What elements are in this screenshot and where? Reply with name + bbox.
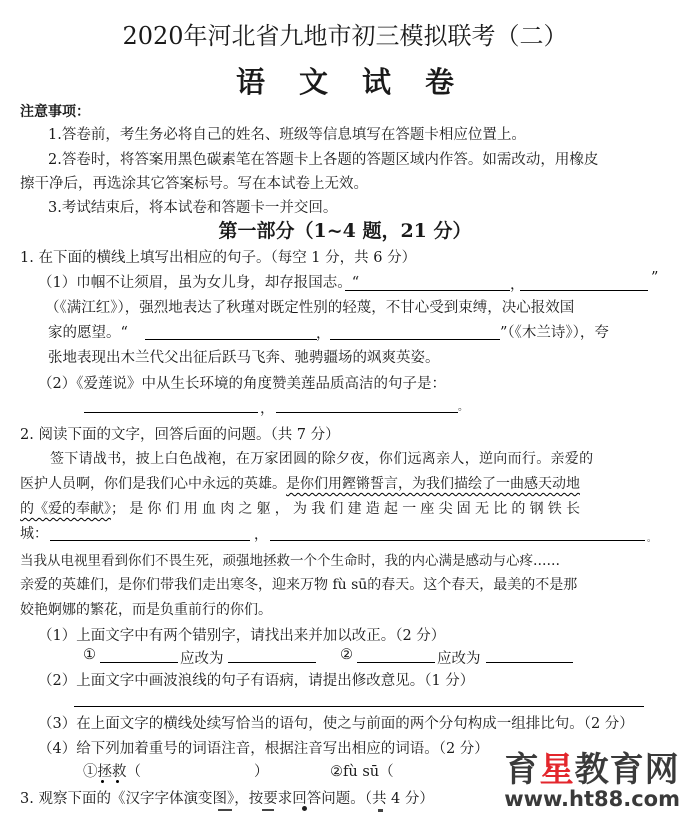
notice-heading: 注意事项： (20, 101, 90, 121)
q2-sub2-answer-blank[interactable] (74, 706, 644, 707)
q1-blank-5[interactable] (84, 412, 258, 413)
emphasis-dot-1 (101, 780, 104, 783)
q2-comma: ， (254, 524, 268, 544)
q1-comma-3: ， (260, 397, 275, 418)
q2-passage-p2-line3: 姣艳婀娜的繁花，而是负重前行的你们。 (20, 599, 272, 619)
q2-passage-p1-line1: 签下请战书，披上白色战袍，在万家团圆的除夕夜，你们远离亲人，逆向而行。亲爱的 (50, 448, 593, 468)
q1-comma-2: ， (316, 322, 331, 343)
q1-stem: 1. 在下面的横线上填写出相应的句子。（每空 1 分，共 6 分） (20, 246, 416, 267)
q2-wavy-sentence-part1: 是你们用鏗锵誓言，为我们描绘了一曲感天动地 (286, 476, 580, 492)
q2-wavy-sentence-part2: 的《爱的奉献》 (20, 501, 111, 517)
notice-item-2: 2.答卷时，将答案用黑色碳素笔在答题卡上各题的答题区域内作答。如需改动，用橡皮 (48, 148, 598, 169)
cut-off-figure-top-2 (262, 809, 274, 811)
q1-sub1-line1: （1）巾帼不让须眉，虽为女儿身，却存报国志。“ (38, 271, 359, 292)
q2-passage-p1-line2a: 医护人员啊，你们是我们心中永远的英雄。 (20, 476, 286, 492)
watermark-brand: 育星教育网 (504, 752, 680, 788)
q1-period: 。 (458, 398, 468, 413)
q3-stem: 3. 观察下面的《汉字字体演变图》，按要求回答问题。（共 4 分） (20, 787, 434, 808)
q2-typo2-correct-blank[interactable] (486, 662, 573, 663)
q2-sub3: （3）在上面文字的横线处续写恰当的语句，使之与前面的两个分句构成一组排比句。（2… (38, 712, 634, 733)
q1-close-quote-1: ” (651, 270, 658, 286)
exam-subtitle: 语文试卷 (0, 60, 690, 101)
q1-blank-6[interactable] (276, 412, 458, 413)
q2-passage-p2-line1: 当我从电视里看到你们不畏生死，顽强地拯救一个个生命时，我的内心满是感动与心疼…… (20, 549, 560, 569)
q2-sub1: （1）上面文字中有两个错别字，请找出来并加以改正。（2 分） (38, 624, 445, 645)
q2-blank-continuation-2[interactable] (270, 540, 645, 541)
q1-sub1-line3a: 家的愿望。“ (48, 321, 128, 342)
cut-off-figure-top-3 (302, 806, 307, 811)
q2-typo1-wrong-blank[interactable] (100, 662, 178, 663)
q1-sub1-line4: 张地表现出木兰代父出征后跃马飞奔、驰骋疆场的飒爽英姿。 (48, 346, 440, 367)
q1-sub2: （2）《爱莲说》中从生长环境的角度赞美莲品质高洁的句子是： (38, 372, 446, 393)
emphasis-dot-2 (116, 780, 119, 783)
q2-period: 。 (647, 531, 656, 544)
q2-sub1-change-2: 应改为 (437, 647, 481, 668)
q1-sub1-line2: （《满江红》），强烈地表达了秋瑾对既定性别的轻蔑，不甘心受到束缚，决心报效国 (45, 296, 574, 317)
q1-blank-4[interactable] (330, 339, 500, 340)
q1-blank-1[interactable] (345, 290, 510, 291)
watermark: 育星教育网 www.ht88.com (502, 752, 682, 810)
q2-typo1-correct-blank[interactable] (228, 662, 316, 663)
q2-sub1-mark2: ② (340, 647, 353, 663)
q2-stem: 2. 阅读下面的文字，回答后面的问题。（共 7 分） (20, 423, 340, 444)
q2-passage-p1-line3b: ；是你们用血肉之躯，为我们建造起一座尖固无比的钢铁长 (111, 501, 584, 517)
q2-passage-p1-line2: 医护人员啊，你们是我们心中永远的英雄。是你们用鏗锵誓言，为我们描绘了一曲感天动地 (20, 473, 580, 493)
q2-sub4-item2-label: ②fù sū（ (330, 760, 394, 781)
notice-item-2-cont: 擦干净后，再选涂其它答案标号。写在本试卷上无效。 (20, 172, 368, 193)
q2-blank-continuation-1[interactable] (50, 540, 250, 541)
q2-passage-p1-line3: 的《爱的奉献》；是你们用血肉之躯，为我们建造起一座尖固无比的钢铁长 (20, 498, 584, 518)
q2-sub1-change-1: 应改为 (180, 647, 224, 668)
notice-item-3: 3.考试结束后，将本试卷和答题卡一并交回。 (48, 196, 337, 217)
q2-passage-p1-line4: 城： (20, 523, 48, 543)
q2-sub2: （2）上面文字中画波浪线的句子有语病，请提出修改意见。（1 分） (38, 669, 474, 690)
notice-item-1: 1.答卷前，考生务必将自己的姓名、班级等信息填写在答题卡相应位置上。 (48, 123, 526, 144)
part1-heading: 第一部分（1~4 题，21 分） (0, 216, 690, 243)
q2-sub4-item1-close: ） (254, 760, 269, 781)
exam-title: 2020年河北省九地市初三模拟联考（二） (0, 16, 690, 51)
q2-sub4: （4）给下列加着重号的词语注音，根据注音写出相应的词语。（2 分） (38, 737, 489, 758)
q1-blank-3[interactable] (145, 339, 317, 340)
q2-typo2-wrong-blank[interactable] (357, 662, 435, 663)
cut-off-figure-top-1 (218, 809, 232, 811)
q2-sub1-mark1: ① (83, 647, 96, 663)
q2-passage-p2-line2: 亲爱的英雄们，是你们带我们走出寒冬，迎来万物 fù sū的春天。这个春天，最美的… (20, 574, 577, 594)
cut-off-figure-top-4 (378, 809, 383, 812)
q2-sub4-item1: ①拯救（ (83, 760, 141, 781)
q1-blank-2[interactable] (520, 290, 648, 291)
q1-sub1-line3b: ”（《木兰诗》），夸 (500, 321, 609, 342)
q2-sub4-item1-label: ①拯救（ (83, 764, 141, 780)
watermark-url: www.ht88.com (504, 788, 680, 810)
